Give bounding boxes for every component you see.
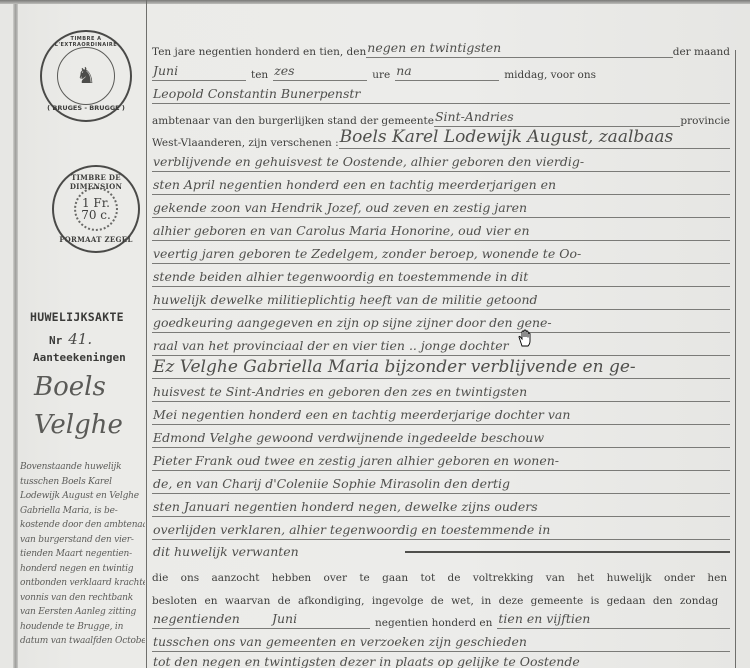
handwritten-line: sten April negentien honderd een en tach… [152, 173, 730, 195]
fiscal-stamp-top-text: TIMBRE DE DIMENSION [54, 173, 138, 191]
act-number-label: Nr [49, 334, 62, 347]
annotation-line: honderd negen en twintig [20, 562, 145, 577]
body-line-publication-date: negentienden Juni negentien honderd en t… [152, 607, 730, 629]
handwritten-text: sten April negentien honderd een en tach… [152, 176, 730, 195]
column-divider [146, 0, 147, 668]
handwritten-text: sten Januari negentien honderd negen, de… [152, 498, 730, 517]
handwritten-line: veertig jaren geboren te Zedelgem, zonde… [152, 242, 730, 264]
act-title: HUWELIJKSAKTE [30, 310, 124, 324]
printed-text: middag, voor ons [504, 69, 596, 81]
fiscal-stamp-bottom-text: FORMAAT ZEGEL [54, 235, 138, 244]
handwritten-day: negen en twintigsten [366, 39, 672, 58]
registration-stamp: TIMBRE A L'EXTRAORDINAIRE ♞ ( BRUGES - B… [40, 30, 132, 122]
handwritten-text: veertig jaren geboren te Zedelgem, zonde… [152, 245, 730, 264]
annotation-line: van burgerstand den vier- [20, 533, 145, 548]
handwritten-line: verblijvende en gehuisvest te Oostende, … [152, 150, 730, 172]
handwritten-month: Juni [152, 62, 246, 81]
annotation-line: tusschen Boels Karel [20, 475, 145, 490]
printed-text: der maand [673, 46, 730, 58]
annotation-line: Lodewijk August en Velghe [20, 489, 145, 504]
annotation-line: ontbonden verklaard krachtens [20, 576, 145, 591]
wreath-icon: 1 Fr. 70 c. [74, 187, 118, 231]
annotation-line: tienden Maart negentien- [20, 547, 145, 562]
handwritten-text: Pieter Frank oud twee en zestig jaren al… [152, 452, 730, 471]
handwritten-hour: zes [273, 62, 367, 81]
handwritten-text: dit huwelijk verwanten [152, 543, 401, 561]
handwritten-text: goedkeuring aangegeven en zijn op sijne … [152, 314, 730, 333]
handwritten-text: verblijvende en gehuisvest te Oostende, … [152, 153, 730, 172]
printed-text: ambtenaar van den burgerlijken stand der… [152, 115, 434, 127]
handwritten-bride-name: Ez Velghe Gabriella Maria bijzonder verb… [152, 357, 730, 379]
handwritten-day: negentienden [152, 610, 271, 629]
handwritten-line: de, en van Charij d'Coleniie Sophie Mira… [152, 472, 730, 494]
annotations-title: Aanteekeningen [33, 351, 126, 364]
handwritten-line: Edmond Velghe gewoond verdwijnende inged… [152, 426, 730, 448]
registration-stamp-bottom-text: ( BRUGES - BRUGGE ) [42, 104, 130, 112]
annotation-line: kostende door den ambtenaar [20, 518, 145, 533]
handwritten-officer-name: Leopold Constantin Bunerpenstr [152, 85, 730, 104]
printed-text: provincie [680, 115, 730, 127]
body-line-bride: Ez Velghe Gabriella Maria bijzonder verb… [152, 357, 730, 379]
body-line-officer: Leopold Constantin Bunerpenstr [152, 82, 730, 104]
handwritten-text: Mei negentien honderd een en tachtig mee… [152, 406, 730, 425]
annotation-line: van Eersten Aanleg zitting [20, 605, 145, 620]
handwritten-text: raal van het provinciaal der en vier tie… [152, 337, 730, 356]
body-line-groom: West-Vlaanderen, zijn verschenen : Boels… [152, 127, 730, 149]
handwritten-line: tusschen ons van gemeenten en verzoeken … [152, 630, 730, 652]
handwritten-line: raal van het provinciaal der en vier tie… [152, 334, 730, 356]
handwritten-line: stende beiden alhier tegenwoordig en toe… [152, 265, 730, 287]
annotation-line: datum van twaalfden October [20, 634, 145, 649]
margin-surname-groom: Boels [34, 372, 106, 402]
handwritten-line: overlijden verklaren, alhier tegenwoordi… [152, 518, 730, 540]
right-margin-rule [735, 50, 736, 668]
handwritten-text: Edmond Velghe gewoond verdwijnende inged… [152, 429, 730, 448]
document-scan: TIMBRE A L'EXTRAORDINAIRE ♞ ( BRUGES - B… [0, 0, 750, 668]
annotation-line: vonnis van den rechtbank [20, 591, 145, 606]
handwritten-text: huisvest te Sint-Andries en geboren den … [152, 383, 730, 402]
handwritten-line: goedkeuring aangegeven en zijn op sijne … [152, 311, 730, 333]
handwritten-text: alhier geboren en van Carolus Maria Hono… [152, 222, 730, 241]
handwritten-text: overlijden verklaren, alhier tegenwoordi… [152, 521, 730, 540]
annotation-line: Gabriella Maria, is be- [20, 504, 145, 519]
margin-annotation: Bovenstaande huwelijk tusschen Boels Kar… [20, 460, 145, 649]
handwritten-municipality: Sint-Andries [434, 108, 680, 127]
hand-cursor-icon [517, 329, 533, 347]
body-line-municipality: ambtenaar van den burgerlijken stand der… [152, 105, 730, 127]
handwritten-line: Mei negentien honderd een en tachtig mee… [152, 403, 730, 425]
body-line-print: besloten en waarvan de afkondiging, inge… [152, 585, 730, 607]
printed-text: West-Vlaanderen, zijn verschenen : [152, 137, 339, 149]
fiscal-stamp-value-2: 70 c. [81, 209, 111, 221]
handwritten-text: gekende zoon van Hendrik Jozef, oud zeve… [152, 199, 730, 218]
act-number: 41. [68, 330, 92, 348]
handwritten-line: huwelijk dewelke militieplichtig heeft v… [152, 288, 730, 310]
adjacent-page-edge [0, 0, 13, 668]
printed-text: ure [372, 69, 390, 81]
handwritten-month: Juni [271, 610, 370, 629]
handwritten-text: tot den negen en twintigsten dezer in pl… [152, 653, 730, 668]
lion-emblem-icon: ♞ [57, 47, 115, 105]
printed-text: Ten jare negentien honderd en tien, den [152, 46, 366, 58]
handwritten-period: na [395, 62, 499, 81]
printed-text: negentien honderd en [375, 617, 492, 629]
handwritten-line: sten Januari negentien honderd negen, de… [152, 495, 730, 517]
margin-surname-bride: Velghe [34, 410, 123, 440]
printed-text: besloten en waarvan de afkondiging, inge… [152, 595, 718, 607]
handwritten-text: huwelijk dewelke militieplichtig heeft v… [152, 291, 730, 310]
handwritten-line: alhier geboren en van Carolus Maria Hono… [152, 219, 730, 241]
handwritten-year-suffix: tien en vijftien [497, 610, 730, 629]
printed-text: die ons aanzocht hebben over te gaan tot… [152, 572, 727, 584]
printed-text: ten [251, 69, 268, 81]
handwritten-line: Pieter Frank oud twee en zestig jaren al… [152, 449, 730, 471]
fiscal-stamp: TIMBRE DE DIMENSION 1 Fr. 70 c. FORMAAT … [52, 165, 140, 253]
handwritten-line: huisvest te Sint-Andries en geboren den … [152, 380, 730, 402]
handwritten-text: de, en van Charij d'Coleniie Sophie Mira… [152, 475, 730, 494]
closing-rule [405, 551, 730, 553]
body-line-date: Ten jare negentien honderd en tien, den … [152, 36, 730, 58]
handwritten-text: stende beiden alhier tegenwoordig en toe… [152, 268, 730, 287]
registration-stamp-top-text: TIMBRE A L'EXTRAORDINAIRE [42, 36, 130, 48]
annotation-line: houdende te Brugge, in [20, 620, 145, 635]
body-line-print: die ons aanzocht hebben over te gaan tot… [152, 562, 730, 584]
act-number-row: Nr41. [49, 330, 92, 348]
handwritten-line: gekende zoon van Hendrik Jozef, oud zeve… [152, 196, 730, 218]
handwritten-line: tot den negen en twintigsten dezer in pl… [152, 650, 730, 668]
annotation-line: Bovenstaande huwelijk [20, 460, 145, 475]
body-line-time: Juni ten zes ure na middag, voor ons [152, 59, 730, 81]
handwritten-line: dit huwelijk verwanten [152, 539, 730, 561]
handwritten-groom-name: Boels Karel Lodewijk August, zaalbaas [339, 127, 730, 149]
